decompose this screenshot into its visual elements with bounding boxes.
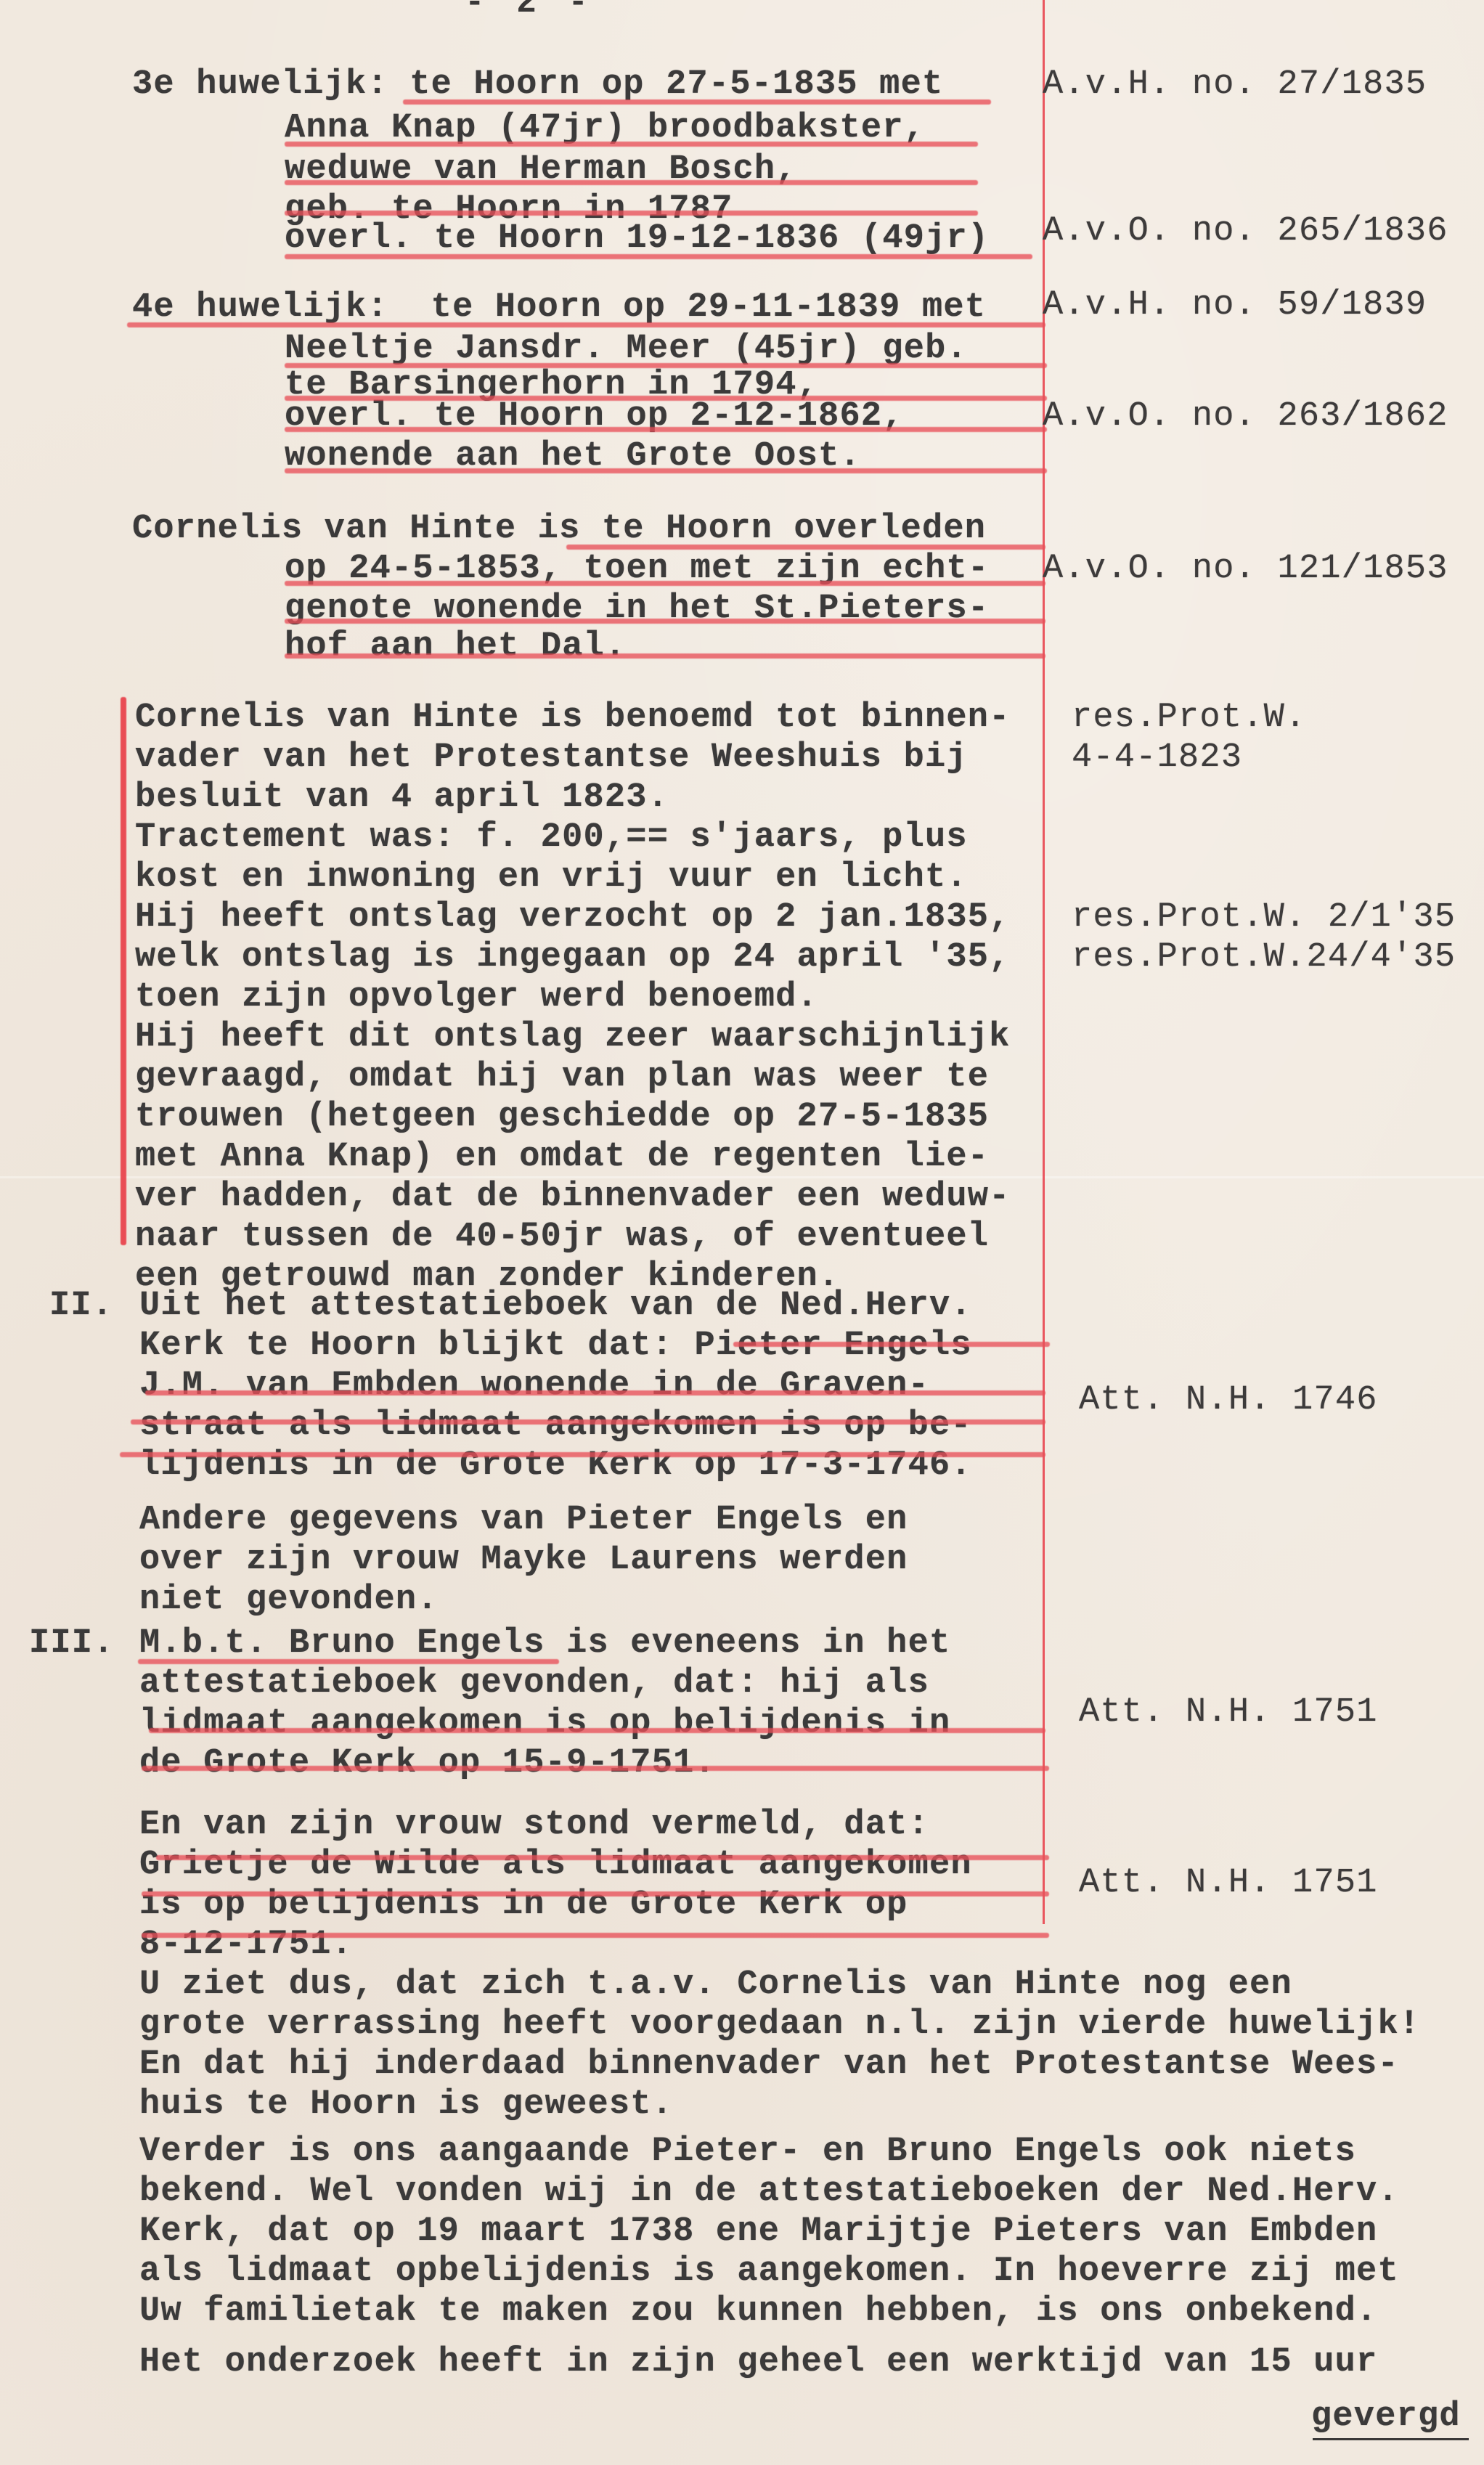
text-line: over zijn vrouw Mayke Laurens werden xyxy=(139,1539,908,1581)
text-line: straat als lidmaat aangekomen is op be- xyxy=(139,1405,972,1447)
red-pencil-underline xyxy=(156,1855,1049,1860)
text-line: grote verrassing heeft voorgedaan n.l. z… xyxy=(139,2004,1420,2046)
text-line: huis te Hoorn is geweest. xyxy=(139,2084,673,2126)
text-line: Uw familietak te maken zou kunnen hebben… xyxy=(139,2291,1377,2333)
red-pencil-underline xyxy=(733,1342,1050,1347)
red-pencil-underline xyxy=(285,468,1047,473)
red-pencil-underline xyxy=(285,581,1045,586)
page-number: - 2 - xyxy=(465,0,594,22)
text-line: niet gevonden. xyxy=(139,1579,439,1621)
text-line: welk ontslag is ingegaan op 24 april '35… xyxy=(135,937,1011,979)
text-line: hof aan het Dal. xyxy=(285,626,626,668)
archive-ref: A.v.O. no. 263/1862 xyxy=(1043,396,1448,438)
text-line: lidmaat aangekomen is op belijdenis in xyxy=(139,1703,950,1745)
text-line: lijdenis in de Grote Kerk op 17-3-1746. xyxy=(139,1445,972,1487)
text-line: Kerk, dat op 19 maart 1738 ene Marijtje … xyxy=(139,2211,1377,2253)
archive-ref: Att. N.H. 1751 xyxy=(1079,1692,1378,1734)
text-line: toen zijn opvolger werd benoemd. xyxy=(135,977,818,1019)
archive-ref: A.v.H. no. 59/1839 xyxy=(1043,285,1427,327)
red-pencil-underline xyxy=(131,1419,1045,1425)
text-line: ver hadden, dat de binnenvader een weduw… xyxy=(135,1176,1011,1218)
archive-ref: 4-4-1823 xyxy=(1072,737,1242,779)
text-line: genote wonende in het St.Pieters- xyxy=(285,588,989,630)
red-pencil-underline xyxy=(285,427,1047,432)
catchword: gevergd xyxy=(1311,2396,1461,2438)
text-line: attestatieboek gevonden, dat: hij als xyxy=(139,1663,929,1705)
red-pencil-underline xyxy=(285,142,978,147)
text-line: vader van het Protestantse Weeshuis bij xyxy=(135,737,968,779)
archive-ref: A.v.O. no. 121/1853 xyxy=(1043,548,1448,590)
red-pencil-underline xyxy=(403,99,991,105)
red-pencil-underline xyxy=(142,1891,1049,1896)
archive-ref: Att. N.H. 1746 xyxy=(1079,1380,1378,1422)
text-line: trouwen (hetgeen geschiedde op 27-5-1835 xyxy=(135,1096,989,1138)
archive-ref: A.v.O. no. 265/1836 xyxy=(1043,211,1448,253)
text-line: besluit van 4 april 1823. xyxy=(135,777,669,819)
text-line: Het onderzoek heeft in zijn geheel een w… xyxy=(139,2342,1377,2384)
archive-ref: Att. N.H. 1751 xyxy=(1079,1862,1378,1904)
red-bracket xyxy=(121,697,126,1245)
text-line: Cornelis van Hinte is benoemd tot binnen… xyxy=(135,697,1011,739)
archive-ref: res.Prot.W. xyxy=(1072,697,1306,739)
text-line: Verder is ons aangaande Pieter- en Bruno… xyxy=(139,2131,1356,2173)
text-line: Andere gegevens van Pieter Engels en xyxy=(139,1499,908,1541)
red-pencil-underline xyxy=(285,619,1045,624)
typed-letter-page: - 2 - 3e huwelijk: te Hoorn op 27-5-1835… xyxy=(0,0,1484,2465)
text-line: gevraagd, omdat hij van plan was weer te xyxy=(135,1056,989,1099)
text-line: J.M. van Embden wonende in de Graven- xyxy=(139,1365,929,1407)
red-pencil-underline xyxy=(285,653,1045,659)
text-line: 8-12-1751. xyxy=(139,1924,353,1966)
red-pencil-underline xyxy=(127,322,1045,327)
text-line: bekend. Wel vonden wij in de attestatieb… xyxy=(139,2171,1399,2213)
text-line: En van zijn vrouw stond vermeld, dat: xyxy=(139,1804,929,1846)
red-pencil-underline xyxy=(285,180,978,185)
section-numeral: III. xyxy=(29,1623,115,1665)
text-line: U ziet dus, dat zich t.a.v. Cornelis van… xyxy=(139,1964,1292,2006)
red-pencil-underline xyxy=(285,396,1047,401)
text-line: Uit het attestatieboek van de Ned.Herv. xyxy=(139,1285,972,1327)
text-line: Hij heeft dit ontslag zeer waarschijnlij… xyxy=(135,1016,1011,1059)
text-line: Hij heeft ontslag verzocht op 2 jan.1835… xyxy=(135,897,1011,939)
catchword-underline xyxy=(1313,2438,1469,2440)
text-line: Tractement was: f. 200,== s'jaars, plus xyxy=(135,817,968,859)
text-line: kost en inwoning en vrij vuur en licht. xyxy=(135,857,968,899)
text-line: als lidmaat opbelijdenis is aangekomen. … xyxy=(139,2251,1399,2293)
red-pencil-underline xyxy=(138,1659,559,1664)
archive-ref: res.Prot.W. 2/1'35 xyxy=(1072,897,1456,939)
red-pencil-underline xyxy=(142,1766,1049,1771)
archive-ref: res.Prot.W.24/4'35 xyxy=(1072,937,1456,979)
red-pencil-underline xyxy=(145,1390,1045,1396)
red-pencil-underline xyxy=(285,254,1032,259)
archive-ref: A.v.H. no. 27/1835 xyxy=(1043,64,1427,106)
red-pencil-underline xyxy=(566,545,1045,550)
text-line: met Anna Knap) en omdat de regenten lie- xyxy=(135,1136,989,1178)
text-line: Grietje de Wilde als lidmaat aangekomen xyxy=(139,1844,972,1886)
red-pencil-underline xyxy=(285,211,978,216)
text-line: de Grote Kerk op 15-9-1751. xyxy=(139,1743,716,1785)
red-pencil-underline xyxy=(285,363,1047,368)
section-numeral: II. xyxy=(49,1285,113,1327)
text-line: En dat hij inderdaad binnenvader van het… xyxy=(139,2044,1399,2086)
red-pencil-underline xyxy=(142,1933,1049,1938)
text-line: is op belijdenis in de Grote Kerk op xyxy=(139,1884,908,1926)
red-pencil-underline xyxy=(120,1452,1045,1457)
red-pencil-underline xyxy=(149,1728,1045,1733)
text-line: naar tussen de 40-50jr was, of eventueel xyxy=(135,1216,989,1258)
